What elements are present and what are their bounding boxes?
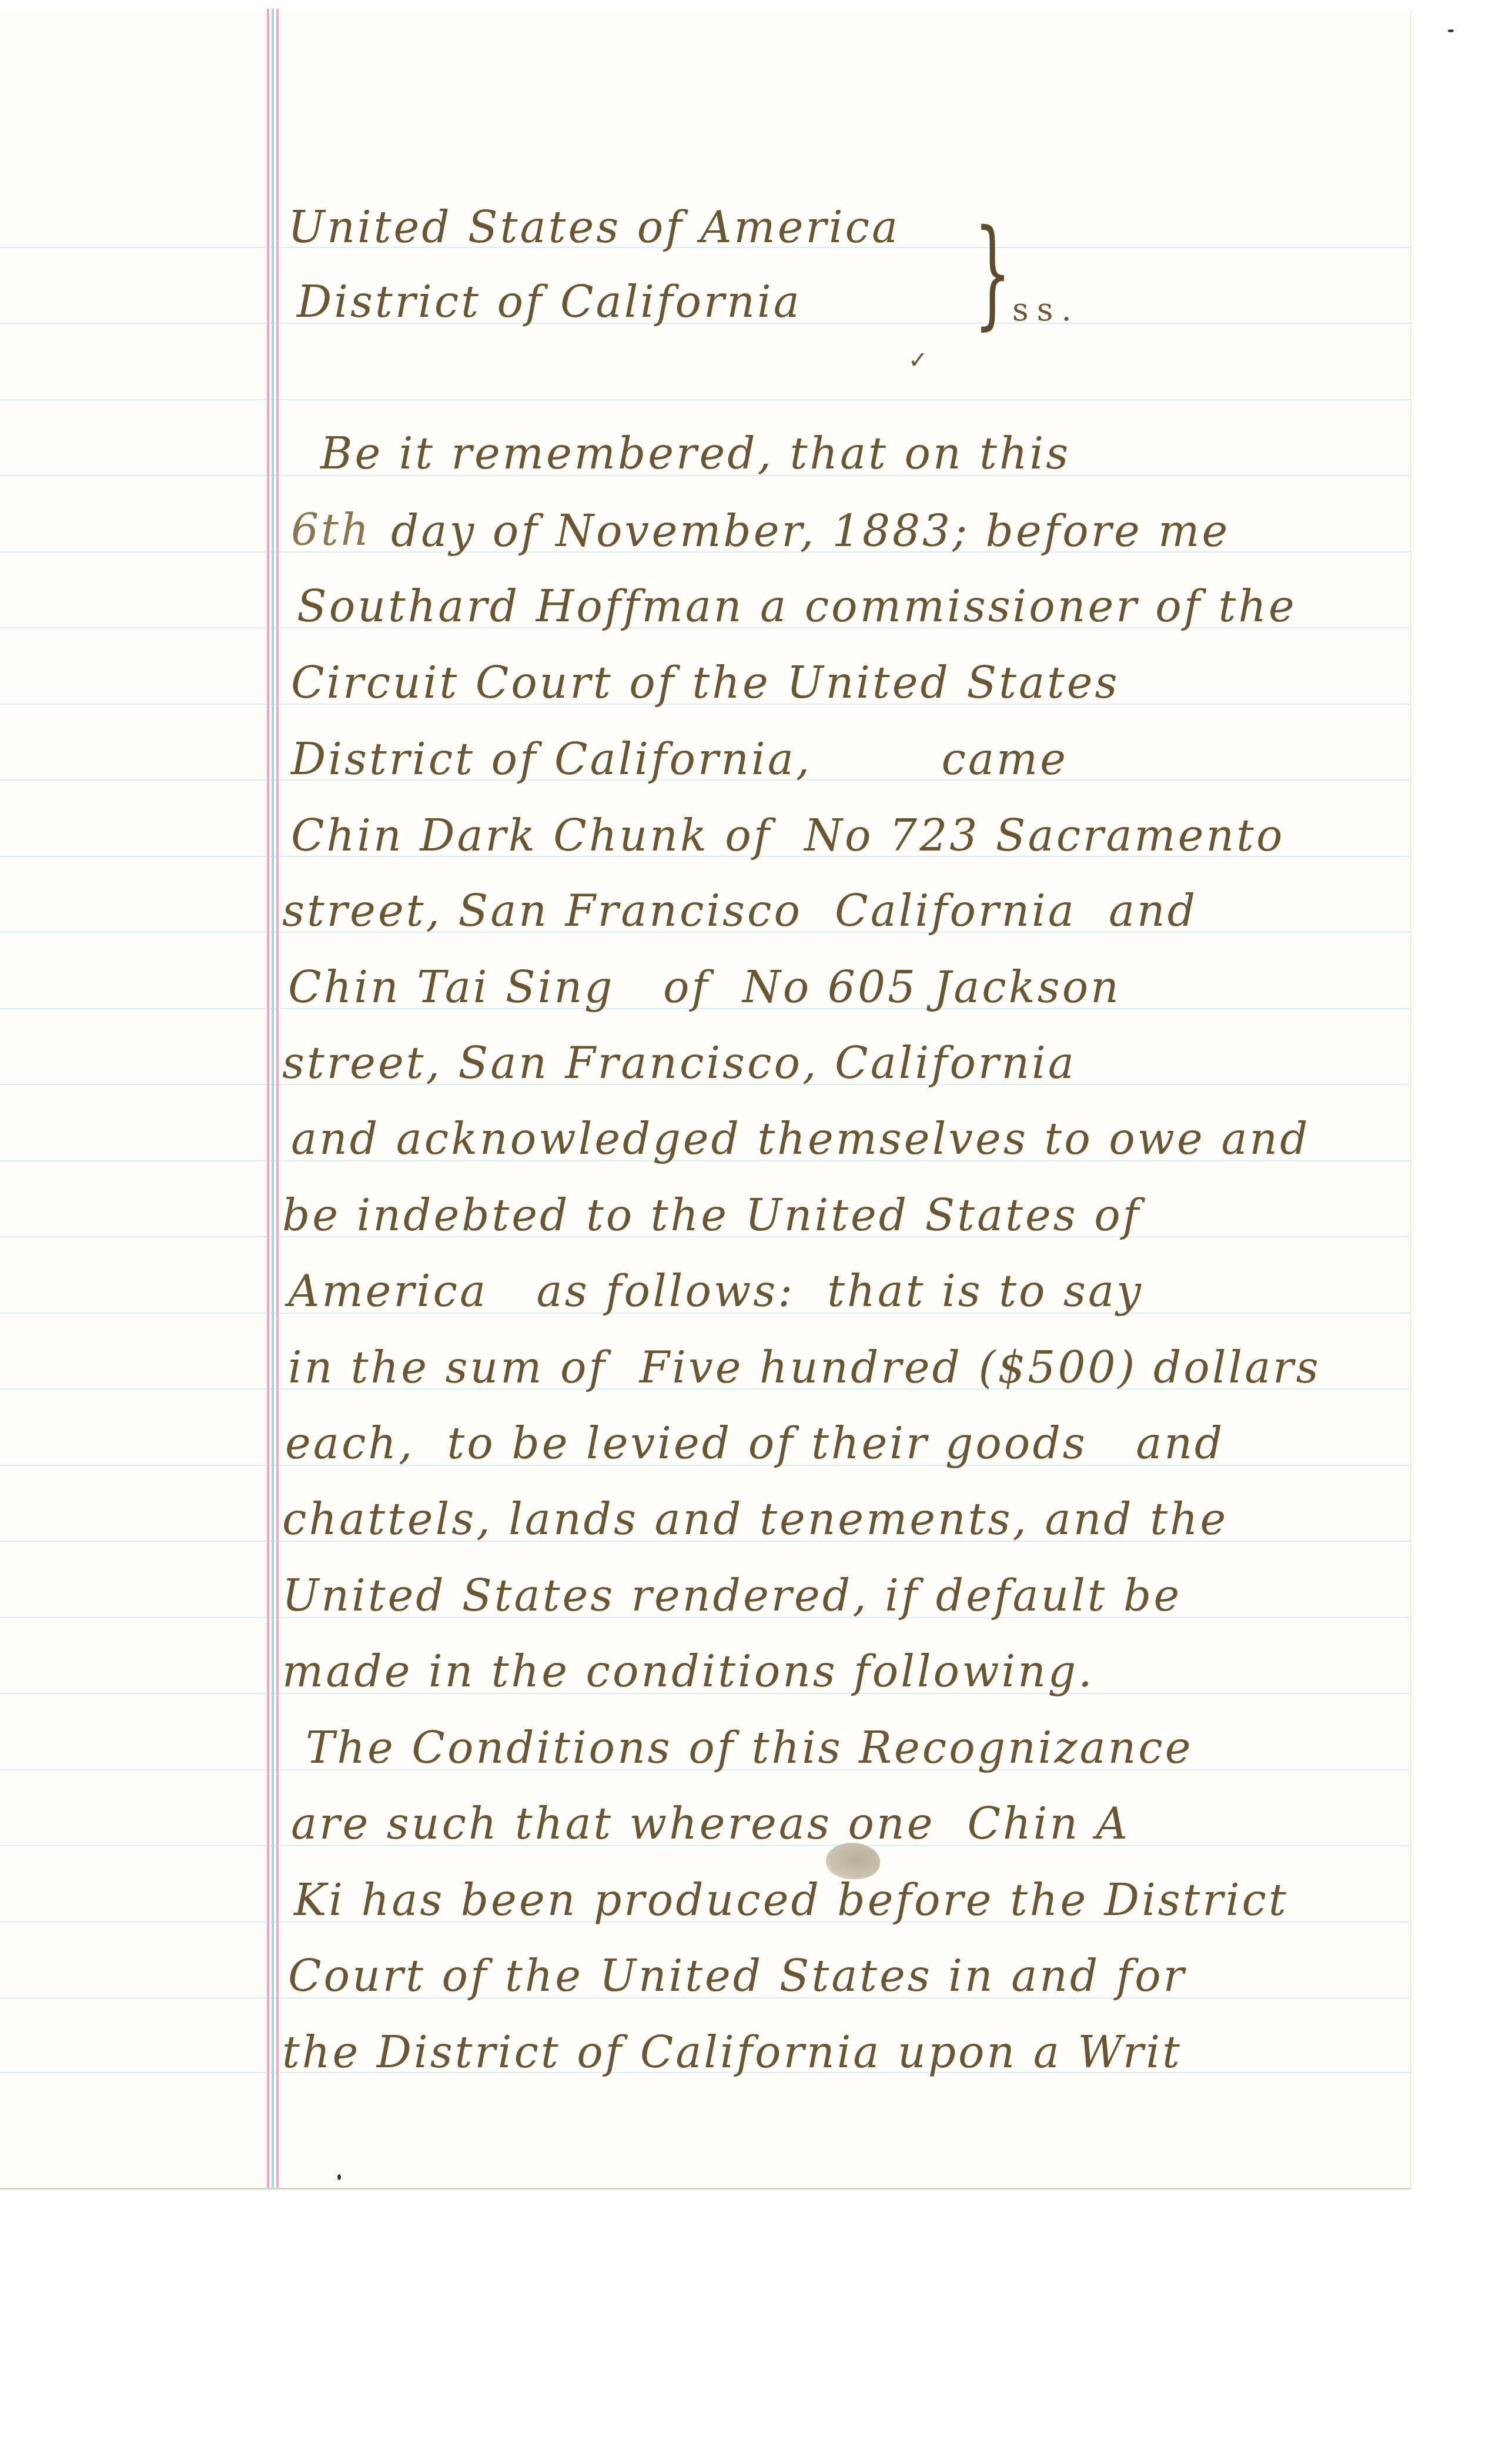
body-line-20: Ki has been produced before the District <box>294 1879 1289 1922</box>
body-line-21: Court of the United States in and for <box>288 1954 1186 1998</box>
body-line-1: Be it remembered, that on this <box>320 432 1070 476</box>
body-line-7: street, San Francisco California and <box>282 889 1197 933</box>
ink-speck <box>1448 29 1454 32</box>
body-line-12: America as follows: that is to say <box>288 1270 1143 1313</box>
body-line-6: Chin Dark Chunk of No 723 Sacramento <box>291 814 1285 858</box>
body-line-22: the District of California upon a Writ <box>282 2031 1182 2074</box>
body-line-10: and acknowledged themselves to owe and <box>291 1117 1310 1161</box>
body-line-5: District of California, came <box>291 738 1068 781</box>
caption-line-1: United States of America <box>288 206 900 249</box>
body-line-2: day of November, 1883; before me <box>391 510 1230 553</box>
caption-line-2: District of California <box>297 280 802 324</box>
date-ordinal: 6th <box>291 508 371 552</box>
caption-ss: ss. <box>1012 291 1080 328</box>
body-line-4: Circuit Court of the United States <box>291 661 1120 705</box>
margin-line-center <box>272 9 274 2188</box>
body-line-17: made in the conditions following. <box>282 1650 1095 1693</box>
body-line-13: in the sum of Five hundred ($500) dollar… <box>288 1346 1321 1390</box>
body-line-8: Chin Tai Sing of No 605 Jackson <box>288 966 1121 1009</box>
ink-stain <box>826 1843 880 1879</box>
ink-speck <box>337 2174 341 2180</box>
body-line-9: street, San Francisco, California <box>282 1042 1076 1085</box>
check-mark-icon: ✓ <box>908 347 928 374</box>
caption-brace: } <box>974 215 1012 332</box>
body-line-16: United States rendered, if default be <box>282 1574 1182 1618</box>
body-line-11: be indebted to the United States of <box>282 1194 1141 1237</box>
body-line-3: Southard Hoffman a commissioner of the <box>297 585 1297 628</box>
body-line-18: The Conditions of this Recognizance <box>306 1726 1193 1770</box>
margin-line-left <box>267 9 269 2188</box>
margin-line-right <box>276 9 279 2188</box>
ruled-line <box>0 399 1410 400</box>
body-line-19: are such that whereas one Chin A <box>291 1802 1130 1846</box>
body-line-15: chattels, lands and tenements, and the <box>282 1498 1228 1541</box>
document-page: United States of America District of Cal… <box>0 9 1411 2190</box>
body-line-14: each, to be levied of their goods and <box>285 1422 1224 1465</box>
